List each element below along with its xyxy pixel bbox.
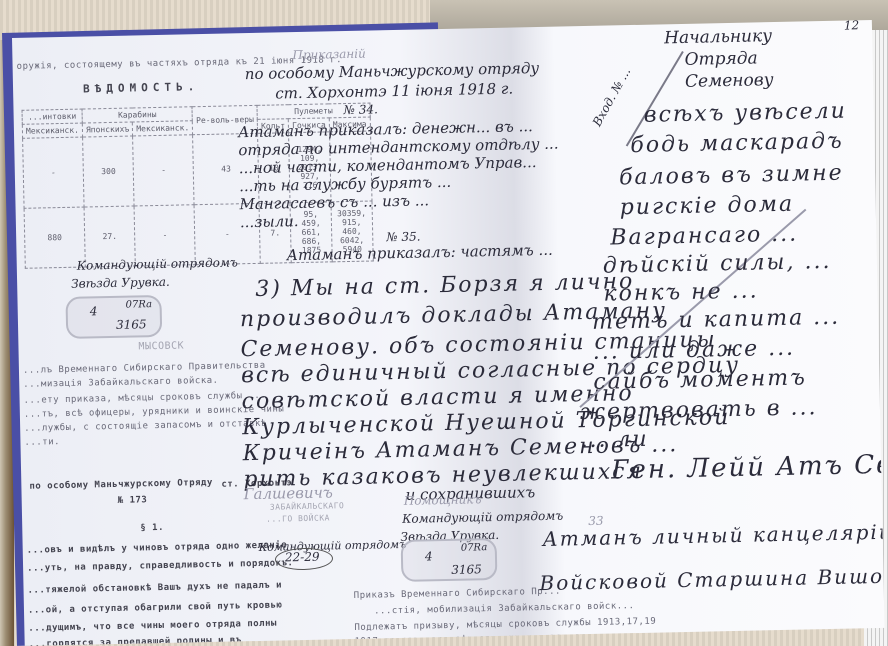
margin-word: Галшевичъ — [243, 483, 333, 503]
order-line: 3) Мы на ст. Борзя я лично — [255, 269, 634, 302]
order-date: ст. Хорхонтэ 11 іюня 1918 г. — [275, 80, 513, 103]
letter-line: ригскіе дома — [619, 192, 794, 221]
salutation-line-3: Семенову — [685, 70, 774, 92]
table-cell: - — [23, 137, 84, 208]
faint-label: МЫСОВСК — [138, 340, 184, 352]
certification-line-1: Командующій отрядомъ — [402, 509, 563, 526]
table-cell: 300 — [83, 136, 135, 207]
typed-line: ...уть, на правду, справедливость и поря… — [27, 558, 293, 574]
salutation-line-1: Начальнику — [664, 26, 772, 48]
typed-line: ...овъ и видѣлъ у чиновъ отряда одно жел… — [27, 540, 288, 555]
order-35-number: № 35. — [386, 229, 421, 244]
stamp-registration-number: 3165 — [451, 562, 482, 577]
letter-line: ... или даже ... — [592, 336, 795, 365]
letter-line: ... ли — [580, 427, 649, 453]
table-subheader: Японскихъ — [82, 122, 133, 137]
stamp-number: 4 — [90, 304, 98, 318]
order-line: Мангасаевъ съ ... изъ ... — [239, 191, 429, 213]
typed-line-right: 1917 годовъ, все офицеры, чины и воинск.… — [355, 632, 604, 646]
stamp-note: 07Ra — [126, 299, 153, 311]
typed-line: ...ти. — [24, 437, 60, 448]
page-number: 12 — [844, 20, 860, 33]
typed-line: ...мизація Забайкальскаго войска. — [23, 376, 218, 390]
typed-line: ...тяжелой обстановкѣ Вашъ духъ не падал… — [27, 580, 282, 595]
typed-line-right: Подлежатъ призыву, мѣсяцы сроковъ службы… — [354, 617, 656, 633]
typed-line: ...гордятся за предавшей родины и въ — [29, 635, 242, 646]
stamp-registration-number: 3165 — [116, 317, 147, 332]
letter-line: бодь маскарадъ — [630, 129, 844, 158]
margin-note: Вход. № ... — [590, 65, 633, 128]
copy-note: Помощникъ — [404, 492, 482, 508]
official-stamp: 4 07Ra 3165 — [401, 538, 498, 582]
typed-line: ...лъ Временнаго Сибирскаго Правительств… — [23, 361, 266, 376]
document-page: оружія, состоящему въ частяхъ отряда къ … — [12, 20, 885, 646]
typed-line-right: ...стія, мобилизація Забайкальскаго войс… — [374, 601, 635, 616]
order-number: № 173 — [118, 495, 148, 506]
order-34-number: № 34. — [343, 102, 378, 117]
letter-line: дѣйскій силы, ... — [603, 249, 832, 279]
letter-line: Вагрансаго ... — [610, 222, 798, 251]
signature: Ген. Лейй Атъ Свин... — [611, 448, 885, 485]
typed-title: ВѢДОМОСТЬ. — [83, 80, 199, 95]
salutation-line-2: Отряда — [684, 48, 758, 70]
certification-line-2: Звѣзда Урувка. — [71, 275, 170, 291]
stamp-label: ...ГО ВОЙСКА — [266, 513, 330, 523]
table-header: ...интовки — [22, 109, 82, 124]
order-heading: по особому Маньчжурскому Отряду — [29, 478, 213, 492]
table-subheader: Мексиканск. — [133, 121, 193, 136]
letter-line: баловъ въ зимне — [619, 161, 844, 191]
letter-line: тетъ и капита ... — [592, 305, 841, 335]
stamp-number: 4 — [425, 549, 433, 563]
rank-line-2: Войсковой Старшина Вишовскій — [539, 563, 884, 596]
typed-line: ...дущимъ, что все чины моего отряда пол… — [28, 619, 277, 634]
section-mark: § 1. — [140, 523, 164, 533]
letter-line: всѣхъ увѣсели — [643, 99, 847, 128]
typed-line-right: Приказъ Временнаго Сибирскаго Пр... — [354, 587, 561, 601]
official-stamp: 4 07Ra 3165 — [65, 295, 162, 339]
stamp-note: 07Ra — [461, 542, 488, 554]
typed-line: ...лужбы, с состоящіе запасомъ и отставк… — [24, 419, 267, 434]
letter-line: конкъ не ... — [603, 278, 759, 306]
oval-number: 22-29 — [285, 550, 320, 565]
order-line: ...зыли. — [240, 212, 299, 231]
table-cell: - — [133, 135, 194, 206]
table-subheader: Мексиканск. — [22, 123, 82, 138]
typed-line: ...ой, а отступая обагрили свой путь кро… — [28, 600, 283, 615]
letter-line: сайбъ моментъ — [593, 365, 807, 394]
certification-line-1: Командующій отрядомъ — [77, 255, 238, 272]
order-header: Приказаній — [292, 47, 366, 63]
typed-line: ...ету приказа, мѣсяцы сроковъ службы ..… — [23, 391, 266, 406]
letter-line: жертвовать в ... — [580, 395, 818, 425]
stamp-label: ЗАБАЙКАЛЬСКАГО — [270, 501, 345, 512]
